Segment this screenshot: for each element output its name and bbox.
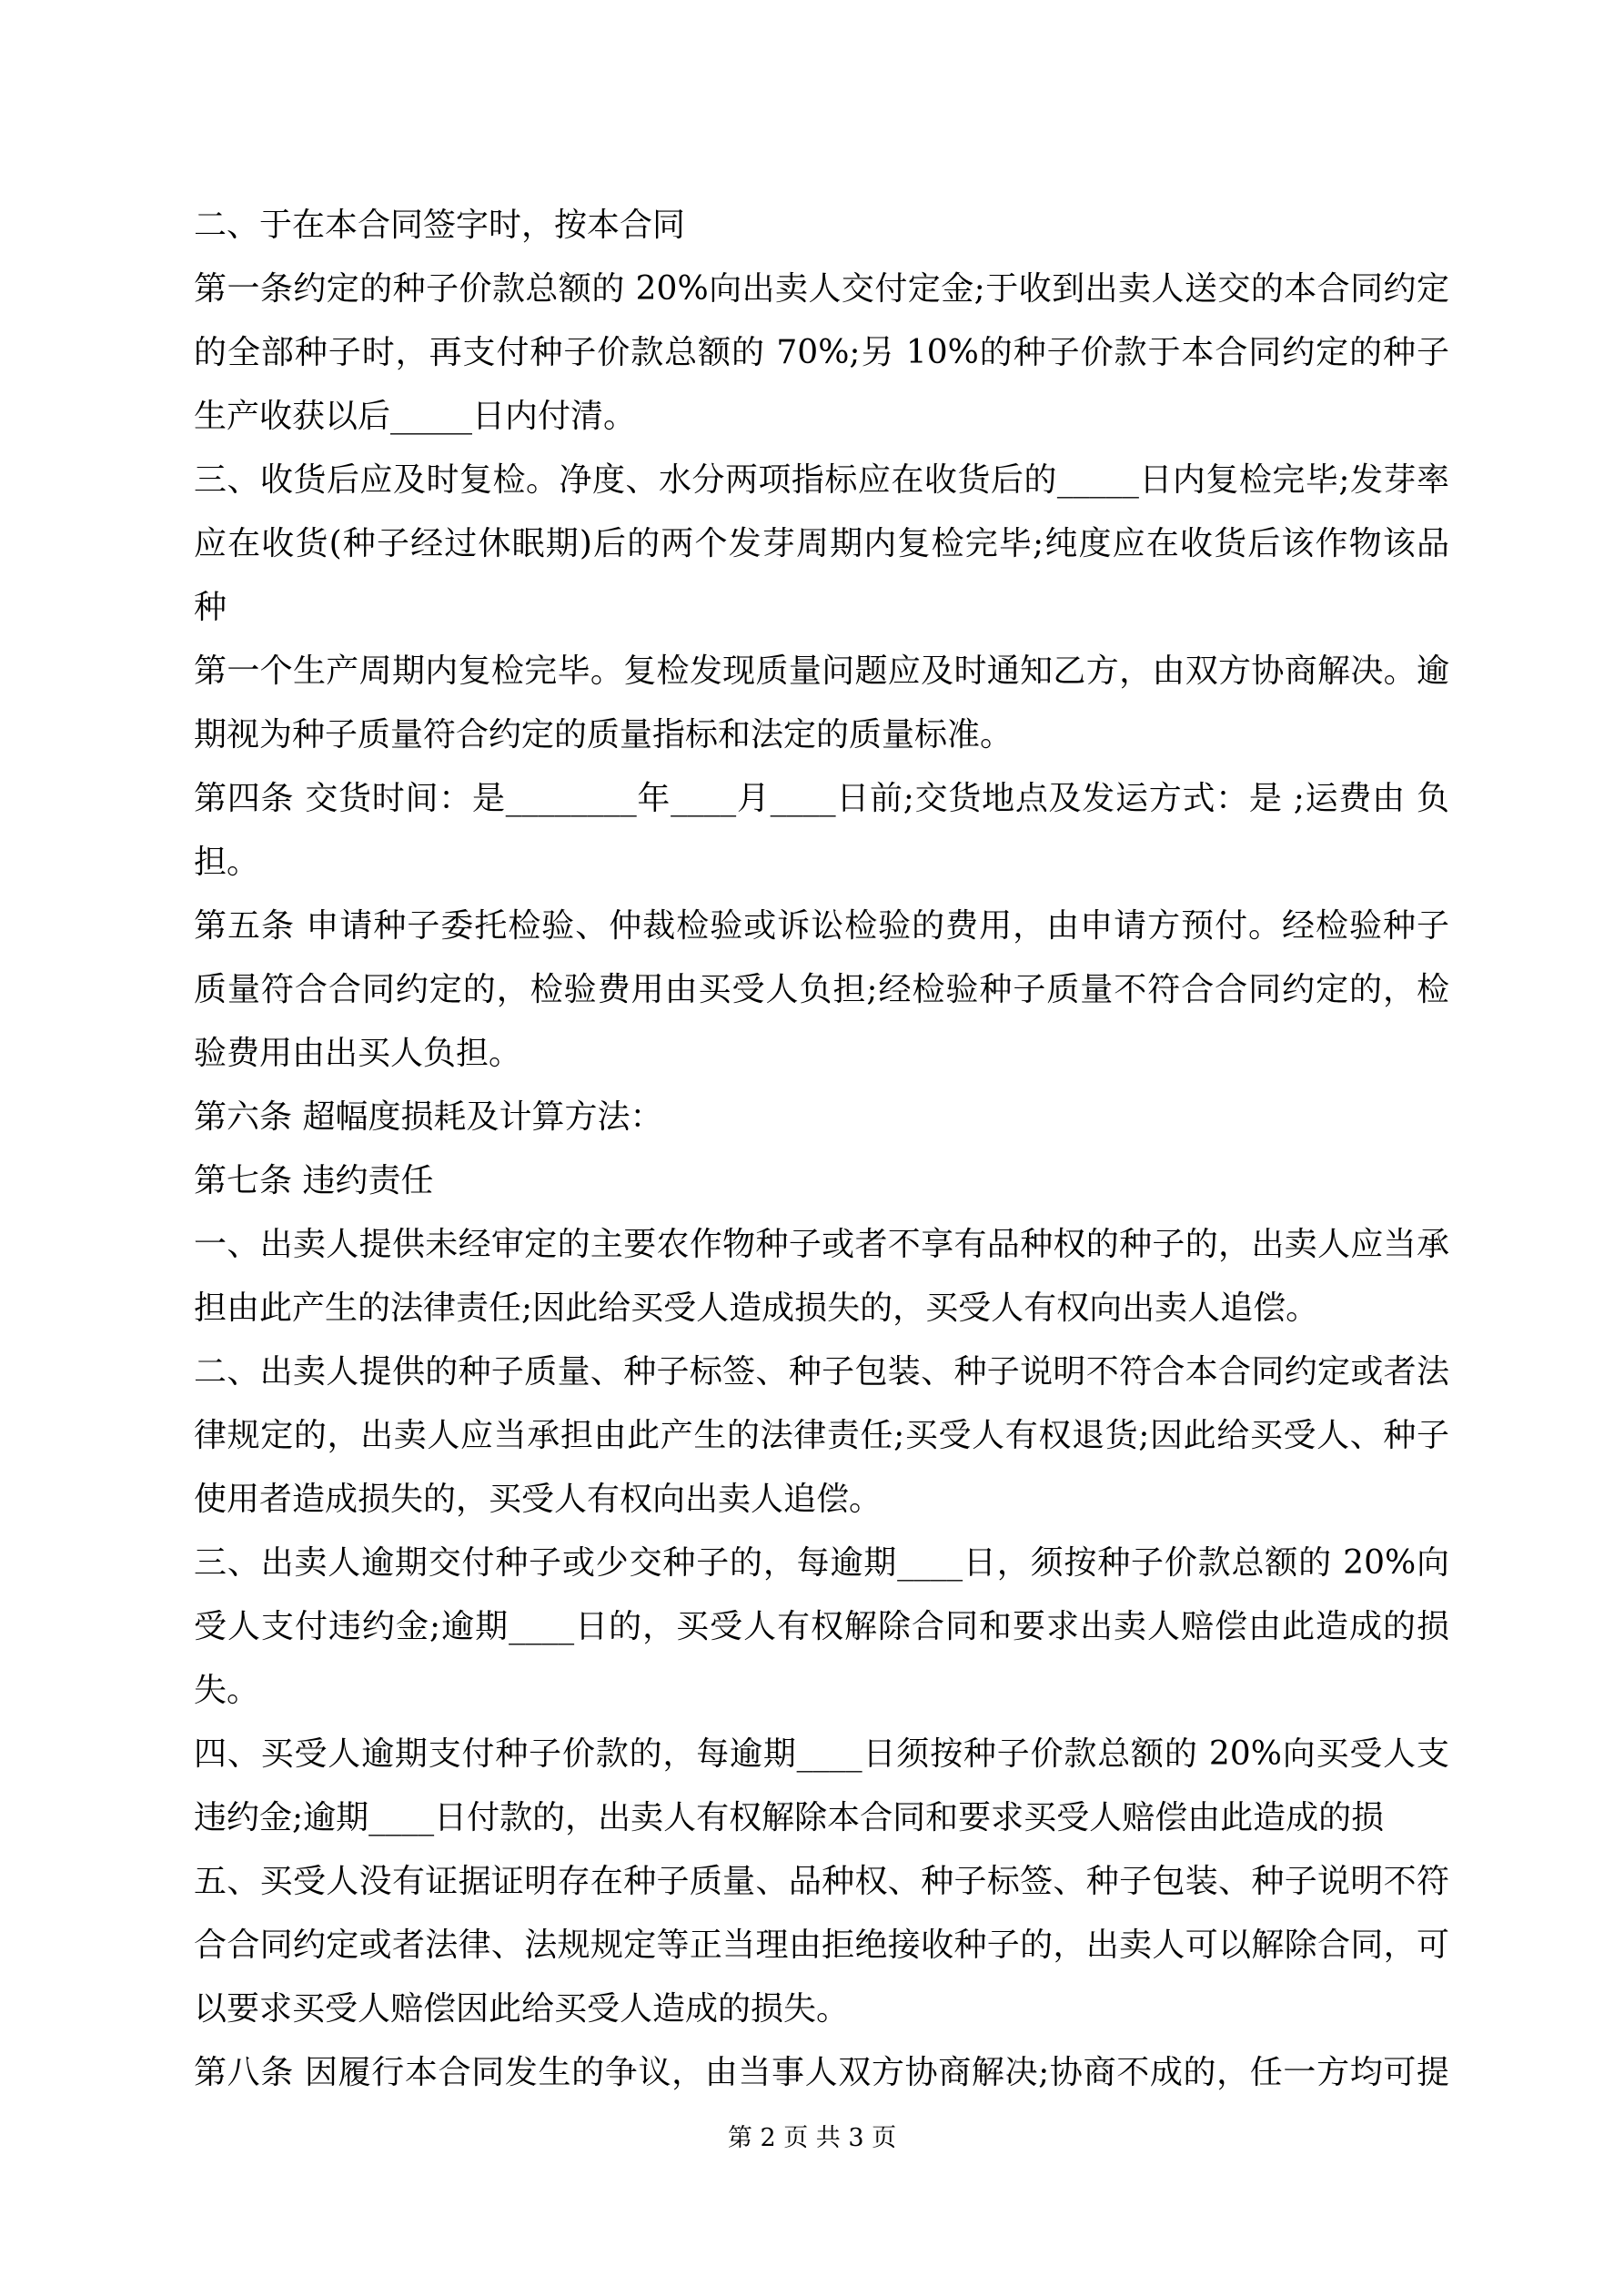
text-line: 受人支付违约金;逾期____日的，买受人有权解除合同和要求出卖人赔偿由此造成的损 bbox=[194, 1595, 1449, 1659]
text-line: 五、买受人没有证据证明存在种子质量、品种权、种子标签、种子包装、种子说明不符 bbox=[194, 1850, 1449, 1914]
text-line: 律规定的，出卖人应当承担由此产生的法律责任;买受人有权退货;因此给买受人、种子 bbox=[194, 1404, 1449, 1468]
page-number-footer: 第 2 页 共 3 页 bbox=[0, 2120, 1624, 2157]
text-line: 种 bbox=[194, 576, 1449, 640]
text-line: 担由此产生的法律责任;因此给买受人造成损失的，买受人有权向出卖人追偿。 bbox=[194, 1277, 1449, 1340]
text-line: 期视为种子质量符合约定的质量指标和法定的质量标准。 bbox=[194, 703, 1449, 767]
text-line: 验费用由出买人负担。 bbox=[194, 1022, 1449, 1086]
text-line: 应在收货(种子经过休眠期)后的两个发芽周期内复检完毕;纯度应在收货后该作物该品 bbox=[194, 512, 1449, 576]
document-lines: 二、于在本合同签字时，按本合同第一条约定的种子价款总额的 20%向出卖人交付定金… bbox=[194, 194, 1449, 2105]
text-line: 第六条 超幅度损耗及计算方法： bbox=[194, 1086, 1449, 1149]
text-line: 二、于在本合同签字时，按本合同 bbox=[194, 194, 1449, 258]
text-line: 二、出卖人提供的种子质量、种子标签、种子包装、种子说明不符合本合同约定或者法 bbox=[194, 1340, 1449, 1404]
text-line: 合合同约定或者法律、法规规定等正当理由拒绝接收种子的，出卖人可以解除合同，可 bbox=[194, 1914, 1449, 1977]
text-line: 第四条 交货时间：是________年____月____日前;交货地点及发运方式… bbox=[194, 767, 1449, 831]
text-line: 以要求买受人赔偿因此给买受人造成的损失。 bbox=[194, 1977, 1449, 2041]
text-line: 第七条 违约责任 bbox=[194, 1149, 1449, 1213]
text-line: 第八条 因履行本合同发生的争议，由当事人双方协商解决;协商不成的，任一方均可提 bbox=[194, 2041, 1449, 2105]
text-line: 质量符合合同约定的，检验费用由买受人负担;经检验种子质量不符合合同约定的，检 bbox=[194, 958, 1449, 1022]
text-line: 违约金;逾期____日付款的，出卖人有权解除本合同和要求买受人赔偿由此造成的损失… bbox=[194, 1786, 1449, 1850]
text-line: 三、出卖人逾期交付种子或少交种子的，每逾期____日，须按种子价款总额的 20%… bbox=[194, 1532, 1449, 1595]
text-line: 第五条 申请种子委托检验、仲裁检验或诉讼检验的费用，由申请方预付。经检验种子 bbox=[194, 895, 1449, 958]
text-line: 三、收货后应及时复检。净度、水分两项指标应在收货后的_____日内复检完毕;发芽… bbox=[194, 449, 1449, 512]
text-line: 第一条约定的种子价款总额的 20%向出卖人交付定金;于收到出卖人送交的本合同约定 bbox=[194, 258, 1449, 321]
text-line: 担。 bbox=[194, 831, 1449, 895]
text-line: 使用者造成损失的，买受人有权向出卖人追偿。 bbox=[194, 1468, 1449, 1532]
text-line: 四、买受人逾期支付种子价款的，每逾期____日须按种子价款总额的 20%向买受人… bbox=[194, 1723, 1449, 1786]
text-line: 的全部种子时，再支付种子价款总额的 70%;另 10%的种子价款于本合同约定的种… bbox=[194, 321, 1449, 385]
text-line: 第一个生产周期内复检完毕。复检发现质量问题应及时通知乙方，由双方协商解决。逾 bbox=[194, 640, 1449, 703]
contract-page: 二、于在本合同签字时，按本合同第一条约定的种子价款总额的 20%向出卖人交付定金… bbox=[0, 0, 1624, 2296]
text-line: 一、出卖人提供未经审定的主要农作物种子或者不享有品种权的种子的，出卖人应当承 bbox=[194, 1213, 1449, 1277]
text-line: 失。 bbox=[194, 1659, 1449, 1723]
text-line: 生产收获以后_____日内付清。 bbox=[194, 385, 1449, 449]
